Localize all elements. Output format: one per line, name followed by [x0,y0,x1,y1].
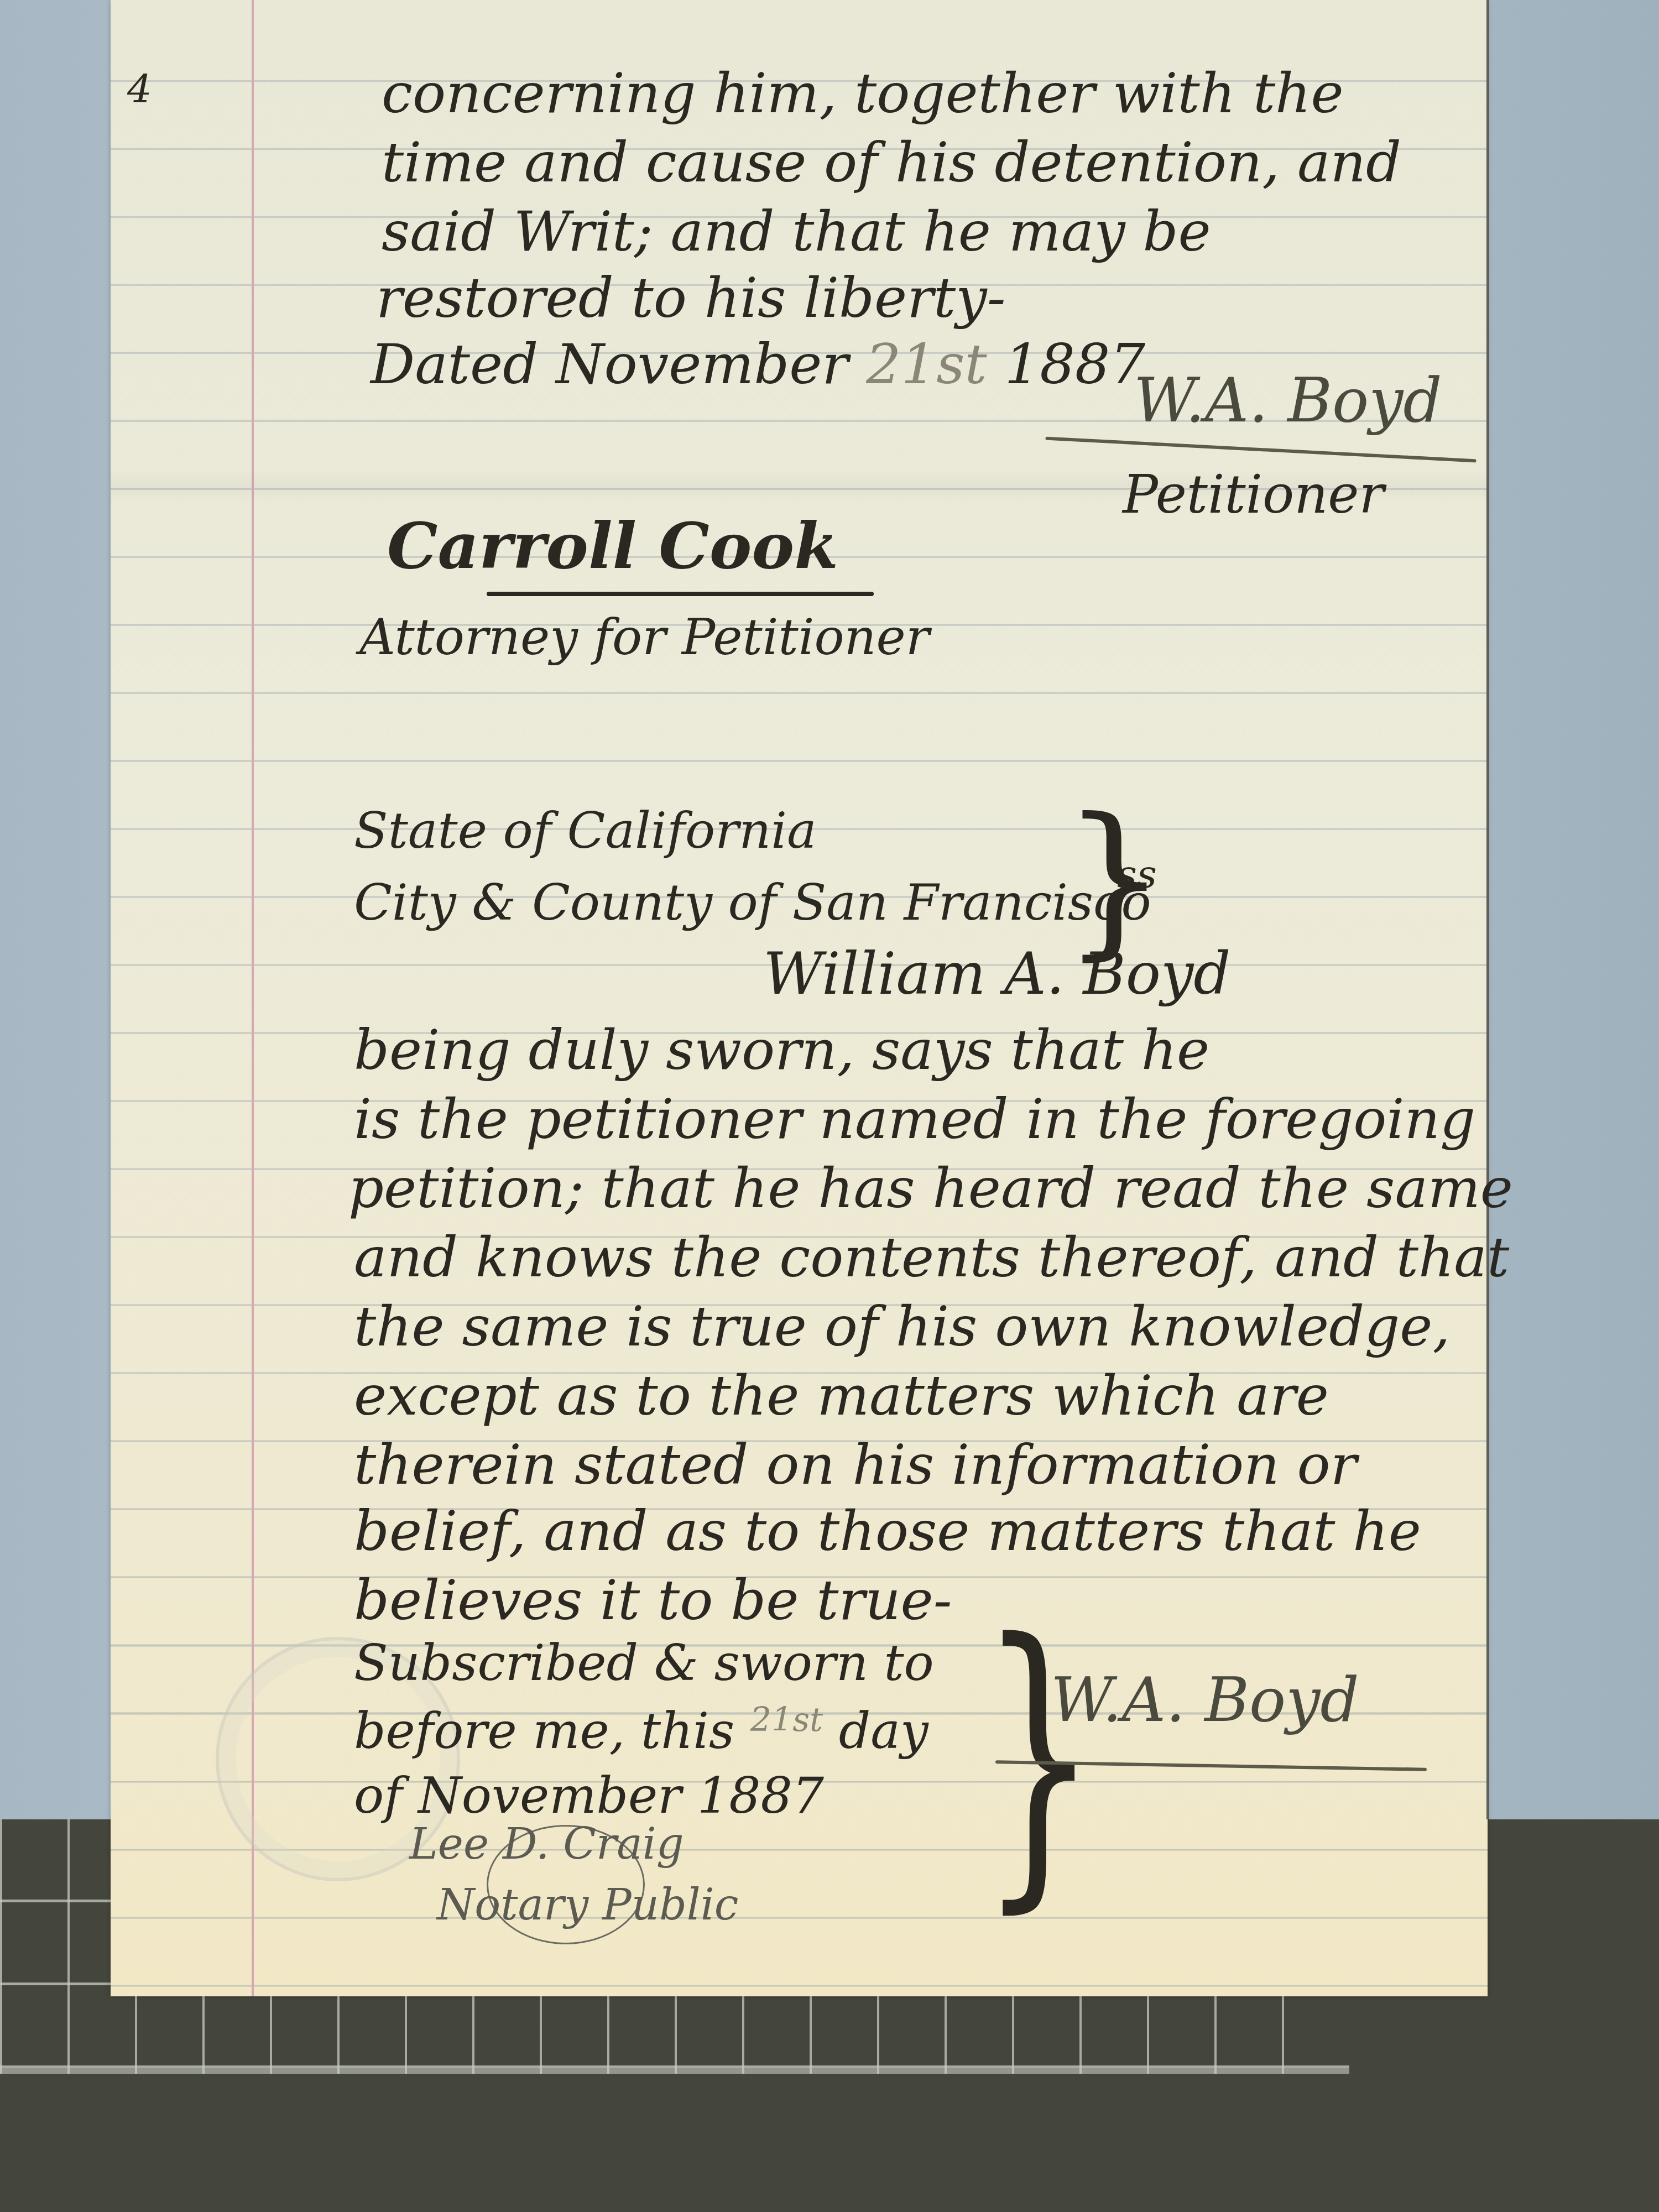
notary-title: Notary Public [437,1880,738,1930]
jurat-line-2: before me, this 21st day [354,1700,928,1760]
verification-line-2: is the petitioner named in the foregoing [354,1087,1475,1151]
notary-name: Lee D. Craig [409,1819,684,1869]
petition-line-4: restored to his liberty- [376,265,1006,330]
jurat-line-1: Subscribed & sworn to [354,1634,934,1692]
jurat-brace: } [979,1604,1098,1913]
verification-line-9: believes it to be true- [354,1568,952,1632]
verification-line-4: and knows the contents thereof, and that [354,1225,1509,1290]
dated-year: 1887 [1005,332,1146,397]
page-number: 4 [127,66,152,112]
attorney-signature: Carroll Cook [387,509,838,583]
petition-line-3: said Writ; and that he may be [382,199,1211,264]
verification-line-1: being duly sworn, says that he [354,1018,1209,1082]
jurat-line-3: of November 1887 [354,1767,824,1825]
verification-line-8: belief, and as to those matters that he [354,1499,1421,1563]
verification-line-5: the same is true of his own knowledge, [354,1294,1450,1359]
jurat-day: 21st [750,1700,823,1739]
dated-day: 21st [866,332,987,397]
petitioner-title: Petitioner [1123,465,1384,525]
dated-line: Dated November 21st 1887 [371,332,1145,397]
verification-line-3: petition; that he has heard read the sam… [348,1156,1513,1220]
attorney-title: Attorney for Petitioner [359,608,930,666]
venue-county: City & County of San Francisco [354,874,1151,932]
page-edge [1486,0,1489,1819]
petition-line-2: time and cause of his detention, and [382,130,1401,195]
attorney-flourish [487,592,874,596]
verification-line-6: except as to the matters which are [354,1363,1329,1428]
verification-line-7: therein stated on his information or [354,1432,1357,1497]
affiant-name: William A. Boyd [763,940,1230,1008]
jurat-before-me: before me, this [354,1702,734,1760]
venue-ss: ss [1117,852,1157,897]
jurat-affiant-signature: W.A. Boyd [1051,1665,1359,1735]
petition-line-1: concerning him, together with the [382,61,1344,126]
petitioner-signature: W.A. Boyd [1134,365,1442,436]
venue-state: State of California [354,802,817,860]
jurat-day-label: day [839,1702,928,1760]
dated-label: Dated November [371,332,848,397]
